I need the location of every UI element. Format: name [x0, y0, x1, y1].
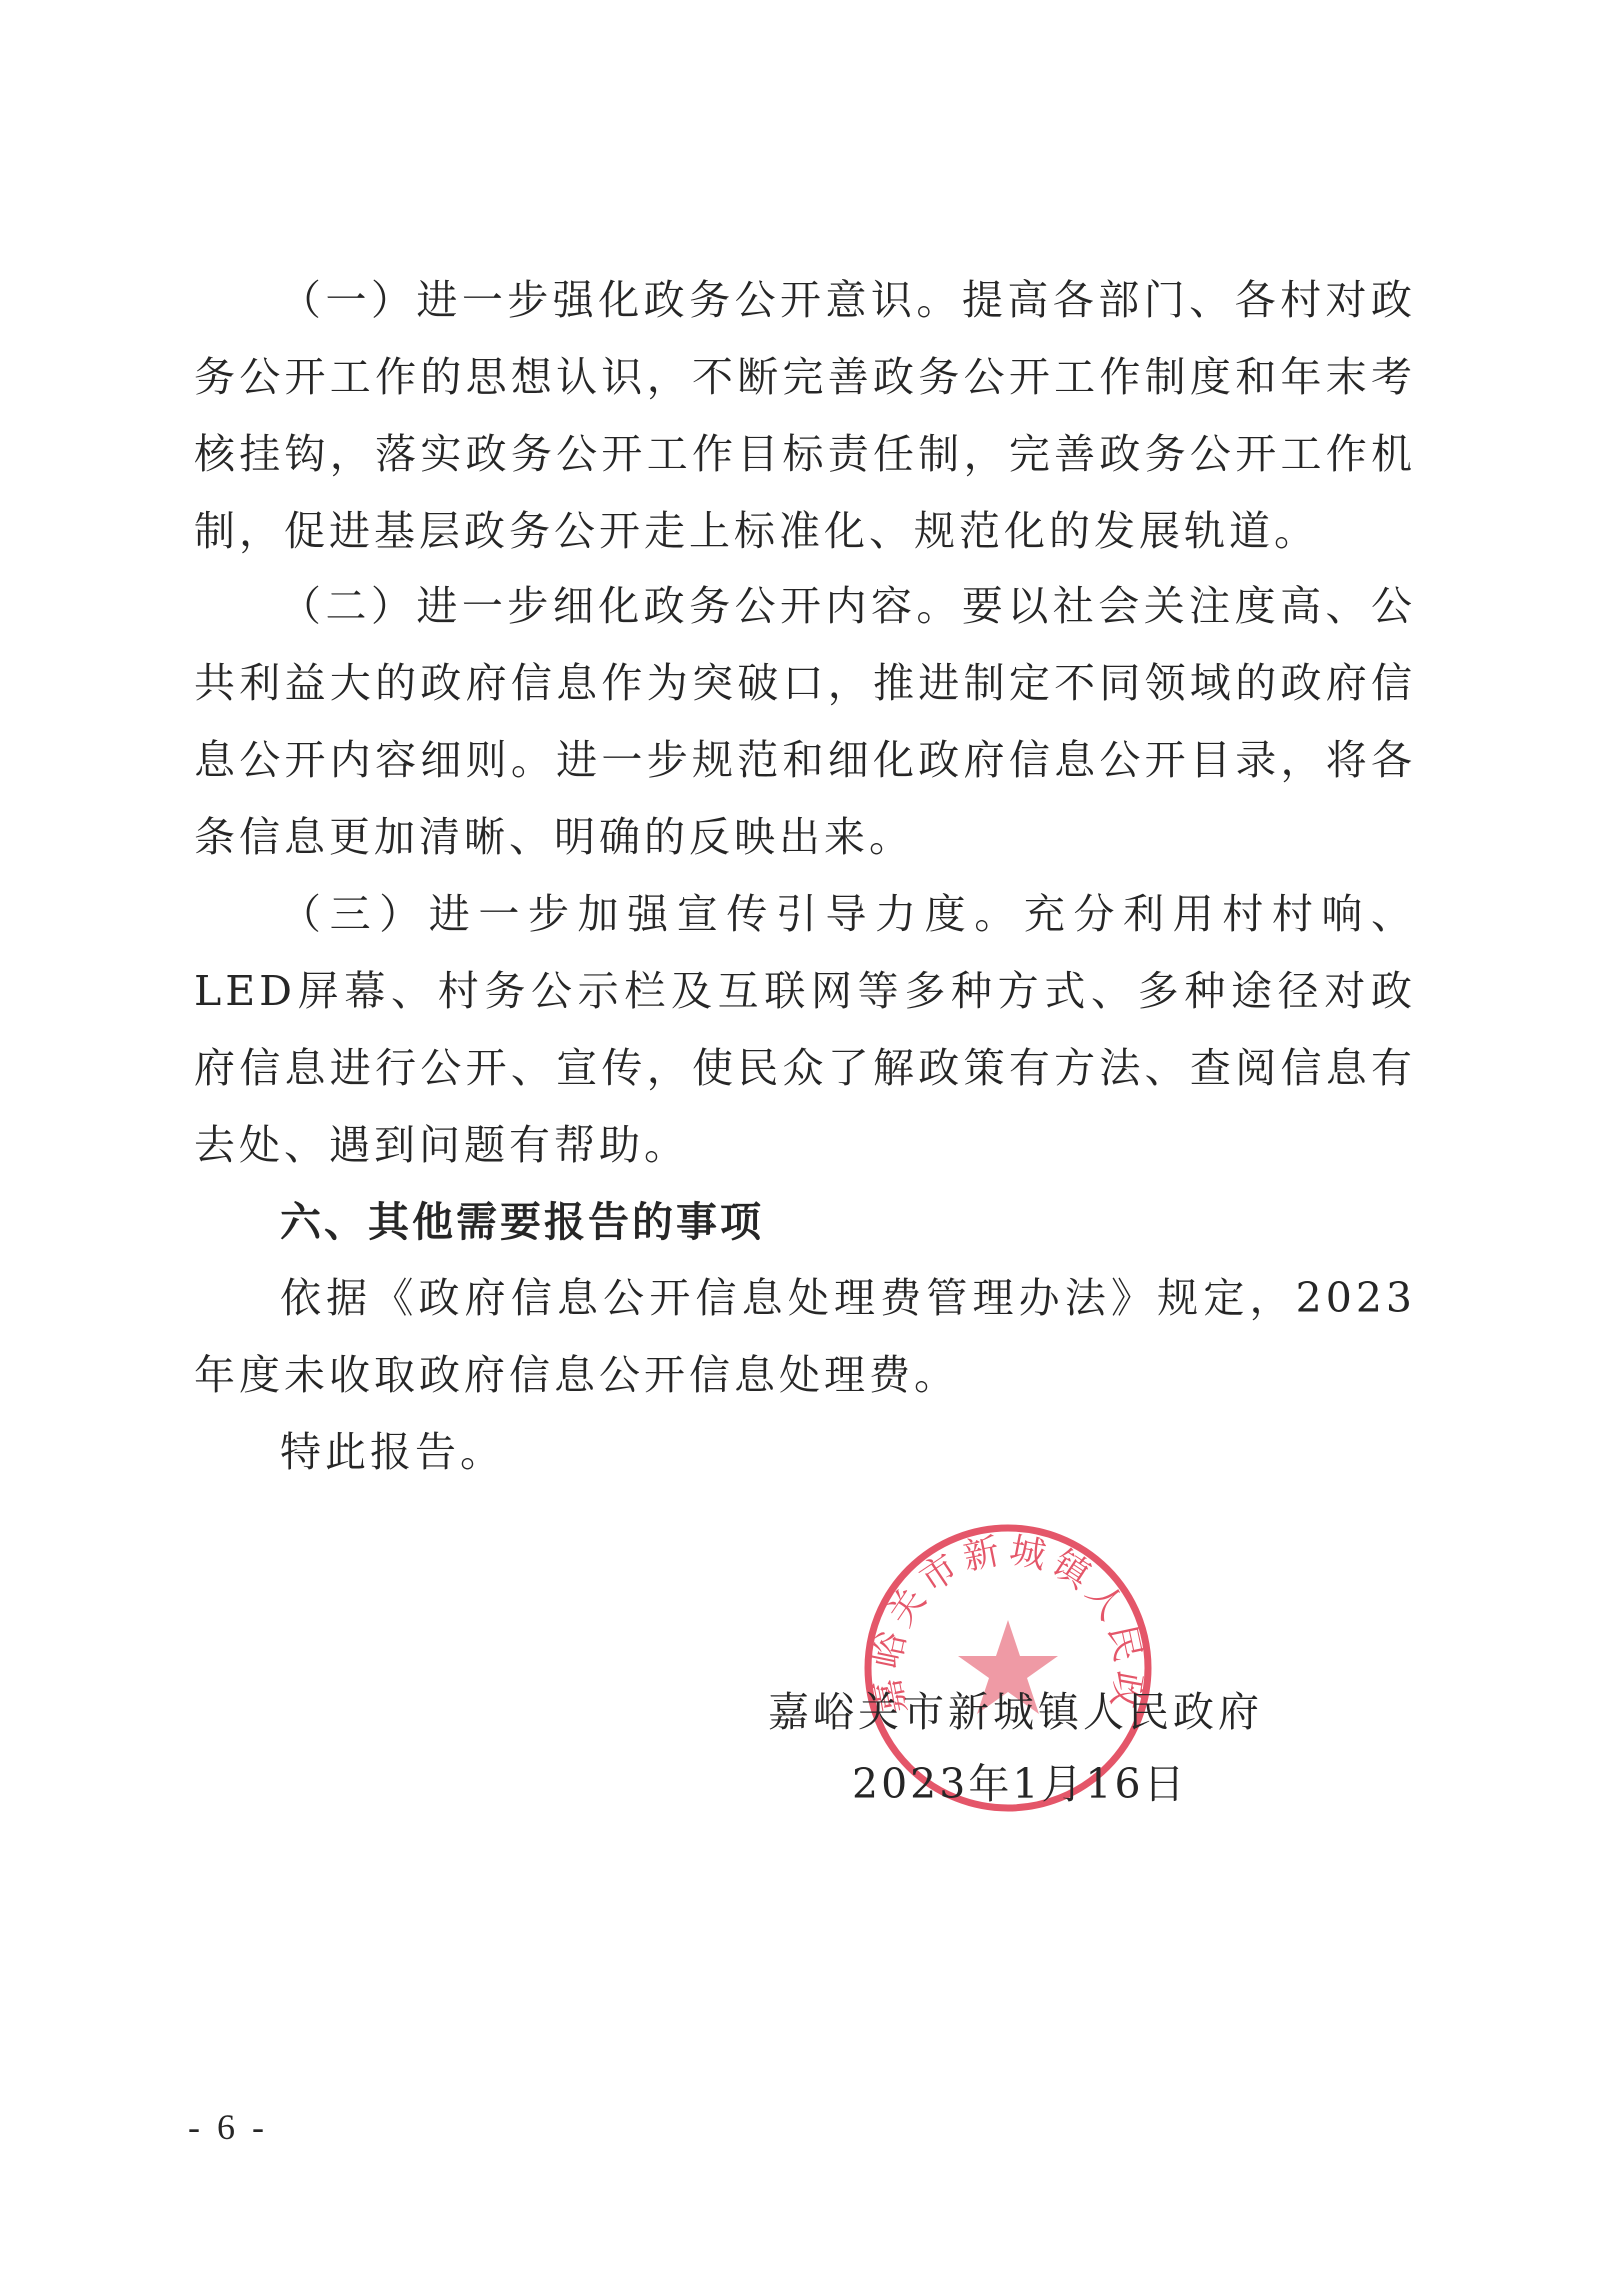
- signature-date: 2023年1月16日: [852, 1752, 1188, 1816]
- paragraph-item-2: （二）进一步细化政务公开内容。要以社会关注度高、公共利益大的政府信息作为突破口，…: [194, 568, 1416, 876]
- page-number: - 6 -: [188, 2106, 268, 2148]
- signature-organization: 嘉峪关市新城镇人民政府: [768, 1680, 1263, 1744]
- paragraph-item-3: （三）进一步加强宣传引导力度。充分利用村村响、LED屏幕、村务公示栏及互联网等多…: [194, 876, 1416, 1184]
- section-body: 依据《政府信息公开信息处理费管理办法》规定，2023年度未收取政府信息公开信息处…: [194, 1260, 1416, 1414]
- paragraph-item-1: （一）进一步强化政务公开意识。提高各部门、各村对政务公开工作的思想认识，不断完善…: [194, 262, 1416, 570]
- document-page: （一）进一步强化政务公开意识。提高各部门、各村对政务公开工作的思想认识，不断完善…: [0, 0, 1600, 2296]
- section-heading: 六、其他需要报告的事项: [280, 1184, 764, 1261]
- closing-statement: 特此报告。: [280, 1414, 505, 1491]
